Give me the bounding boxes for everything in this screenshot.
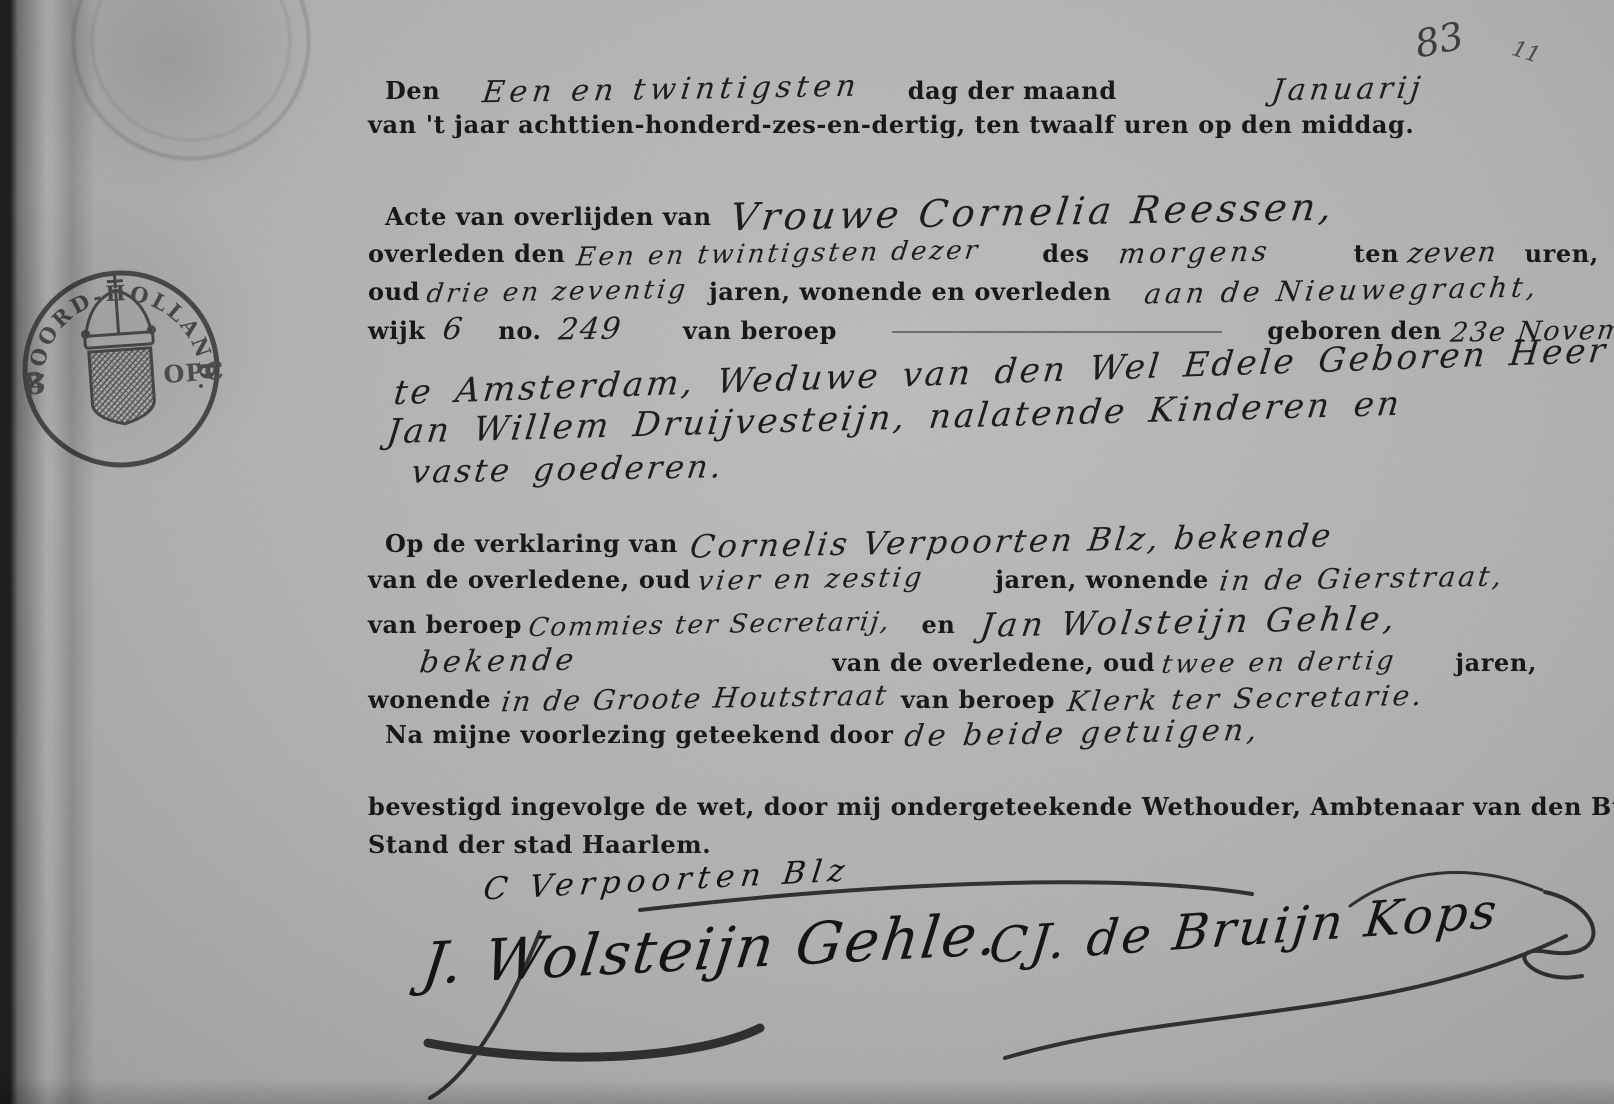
handwritten-witness1-name: Cornelis Verpoorten Blz, bekende — [688, 516, 1336, 565]
printed-acte: Acte van overlijden van — [385, 202, 712, 231]
slot-line2: Stand der stad Haarlem. — [368, 830, 711, 859]
shield-icon — [89, 348, 156, 426]
printed-jaren-wonende1: jaren, wonende — [995, 565, 1209, 594]
signature-official: CJ. de Bruijn Kops — [986, 882, 1502, 974]
stamp-right-text: OPC — [163, 356, 226, 389]
scan-left-edge — [0, 0, 46, 1104]
printed-stand-haarlem: Stand der stad Haarlem. — [368, 830, 711, 859]
slot-line1: bevestigd ingevolge de wet, door mij ond… — [368, 792, 1614, 821]
handwritten-witness1-age: vier en zestig — [696, 562, 926, 597]
acte-line: Acte van overlijden van Vrouwe Cornelia … — [385, 190, 1335, 234]
printed-dag-der-maand: dag der maand — [908, 76, 1117, 105]
printed-van-de-overledene1: van de overledene, oud — [368, 565, 691, 594]
overleden-line: overleden den Een en twintigsten dezer d… — [368, 236, 1599, 269]
dateline-year: van 't jaar achttien-honderd-zes-en-dert… — [368, 110, 1414, 139]
handwritten-witness2-relation: bekende — [418, 643, 580, 681]
handwritten-death-date: Een en twintigsten dezer — [574, 235, 981, 272]
fold-shadow — [52, 0, 96, 1104]
signature-witness2: J. Wolsteijn Gehle. — [419, 900, 1004, 998]
dateline: Den Een en twintigsten dag der maand Jan… — [385, 72, 1424, 107]
handwritten-block-line1: te Amsterdam, Weduwe van den Wel Edele G… — [395, 341, 1607, 402]
handwritten-block-line3: vaste goederen. — [412, 450, 724, 488]
printed-den: Den — [385, 76, 440, 105]
oud-line: oud drie en zeventig jaren, wonende en o… — [368, 274, 1539, 307]
verklaring-line3: van beroep Commies ter Secretarij, en Ja… — [368, 602, 1397, 641]
printed-no: no. — [498, 316, 541, 345]
printed-uren: uren, — [1525, 239, 1599, 268]
voorlezing-line: Na mijne voorlezing geteekend door de be… — [385, 716, 1260, 751]
printed-jaren-wonende: jaren, wonende en overleden — [709, 277, 1112, 306]
beroep-blank-line — [892, 331, 1222, 333]
signature-witness1: C Verpoorten Blz — [481, 853, 852, 908]
handwritten-daypart: morgens — [1117, 235, 1273, 271]
printed-na-mijne-voorlezing: Na mijne voorlezing geteekend door — [385, 720, 893, 749]
folio-mark: 83 — [1411, 13, 1467, 66]
handwritten-witness2-age: twee en dertig — [1160, 646, 1398, 680]
printed-bevestigd: bevestigd ingevolge de wet, door mij ond… — [368, 792, 1614, 821]
handwritten-hour: zeven — [1406, 235, 1500, 270]
printed-op-de-verklaring: Op de verklaring van — [385, 529, 678, 558]
printed-van-beroep2: van beroep — [901, 685, 1055, 714]
handwritten-witness1-profession: Commies ter Secretarij, — [527, 607, 893, 643]
printed-year-line: van 't jaar achttien-honderd-zes-en-dert… — [368, 110, 1414, 139]
province-stamp: NOORD-HOLLAND. 8 OPC — [6, 231, 234, 477]
stamp-left-text: 8 — [23, 366, 46, 402]
verklaring-line2: van de overledene, oud vier en zestig ja… — [368, 562, 1504, 595]
printed-des: des — [1042, 239, 1089, 268]
handwritten-deceased-name: Vrouwe Cornelia Reessen, — [727, 185, 1338, 240]
handwritten-age: drie en zeventig — [425, 275, 690, 310]
handwritten-house-number: 249 — [556, 311, 624, 347]
verklaring-line4: bekende van de overledene, oud twee en d… — [420, 644, 1537, 679]
embossed-seal — [72, 0, 310, 160]
printed-oud: oud — [368, 277, 420, 306]
handwritten-vaste-goederen: vaste goederen. — [409, 447, 726, 490]
printed-van-beroep: van beroep — [683, 316, 837, 345]
printed-overleden-den: overleden den — [368, 239, 565, 268]
scan-bottom-edge — [0, 1078, 1614, 1104]
printed-ten: ten — [1354, 239, 1400, 268]
printed-en: en — [922, 610, 956, 639]
printed-van-beroep1: van beroep — [368, 610, 522, 639]
ditto-mark: 11 — [1509, 36, 1543, 68]
handwritten-month: Januarij — [1270, 71, 1426, 109]
verklaring-line5: wonende in de Groote Houtstraat van bero… — [368, 682, 1424, 715]
printed-wonende2: wonende — [368, 685, 491, 714]
handwritten-witness1-address: in de Gierstraat, — [1218, 560, 1507, 598]
printed-van-de-overledene2: van de overledene, oud — [832, 648, 1155, 677]
death-certificate-page: { "colors": { "paper": "#b6b6b6", "print… — [0, 0, 1614, 1104]
handwritten-day: Een en twintigsten — [481, 69, 863, 111]
handwritten-wijk-number: 6 — [440, 312, 465, 347]
handwritten-address: aan de Nieuwegracht, — [1142, 271, 1541, 311]
handwritten-beide-getuigen: de beide getuigen, — [902, 713, 1262, 754]
verklaring-line1: Op de verklaring van Cornelis Verpoorten… — [385, 522, 1333, 560]
printed-wijk: wijk — [368, 316, 426, 345]
handwritten-witness2-name: Jan Wolsteijn Gehle, — [978, 598, 1400, 644]
handwritten-witness2-address: in de Groote Houtstraat — [500, 679, 891, 719]
printed-jaren2: jaren, — [1455, 648, 1537, 677]
